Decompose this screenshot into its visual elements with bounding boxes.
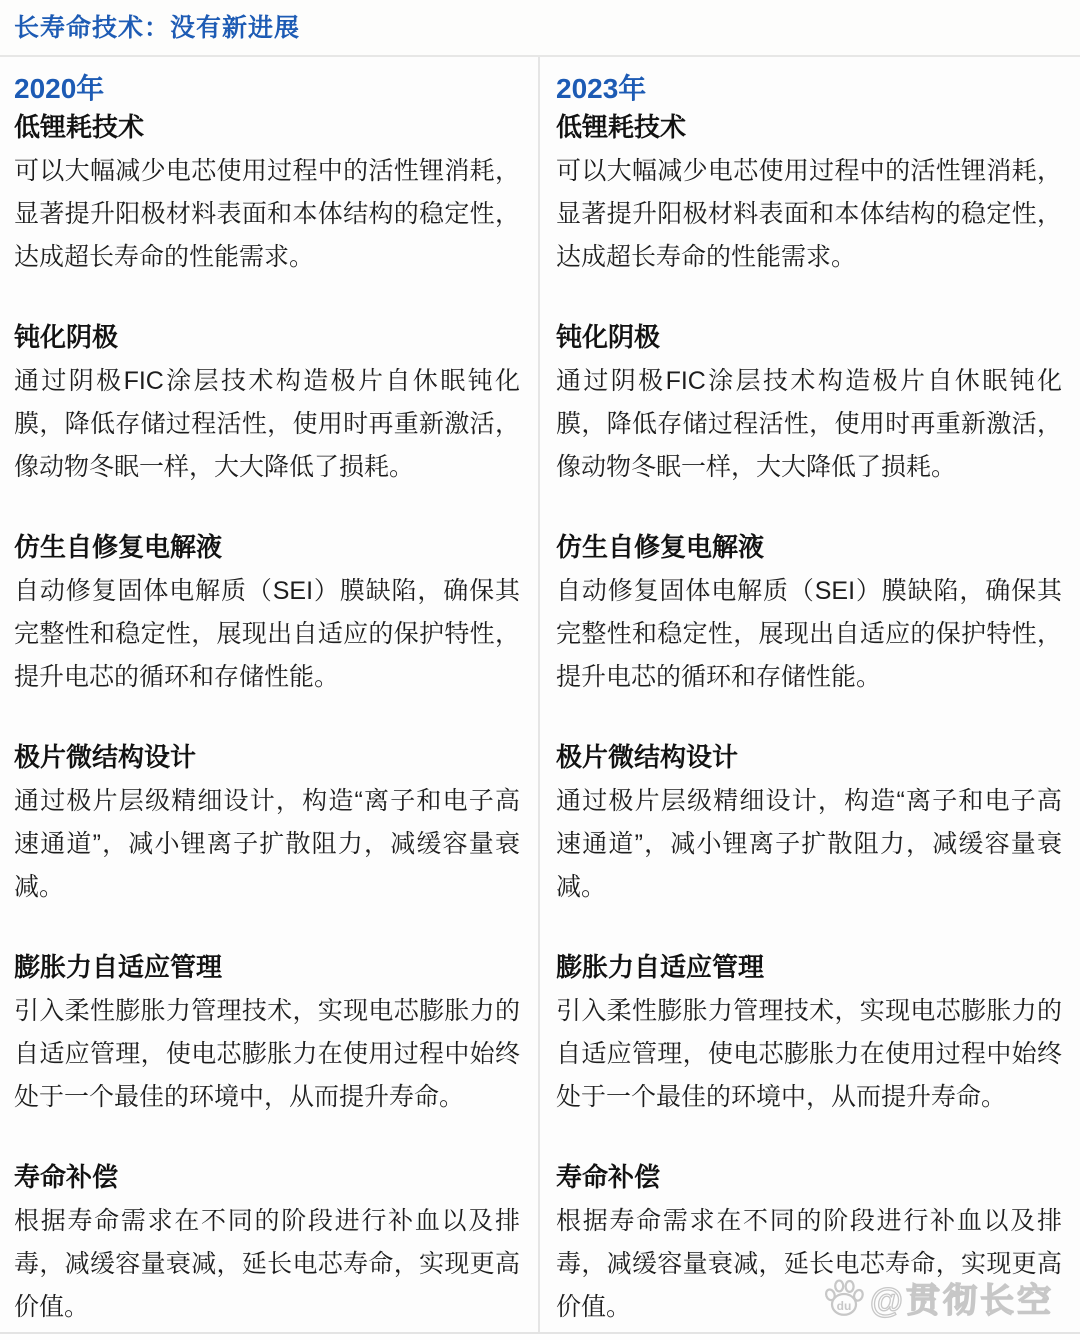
section-body: 根据寿命需求在不同的阶段进行补血以及排毒，减缓容量衰减，延长电芯寿命，实现更高价… xyxy=(14,1200,520,1329)
section-expansion-force-management: 膨胀力自适应管理 引入柔性膨胀力管理技术，实现电芯膨胀力的自适应管理，使电芯膨胀… xyxy=(556,951,1062,1119)
section-expansion-force-management: 膨胀力自适应管理 引入柔性膨胀力管理技术，实现电芯膨胀力的自适应管理，使电芯膨胀… xyxy=(14,951,520,1119)
column-2020: 2020年 低锂耗技术 可以大幅减少电芯使用过程中的活性锂消耗，显著提升阳极材料… xyxy=(0,57,540,1332)
section-body: 通过阴极FIC涂层技术构造极片自休眠钝化膜，降低存储过程活性，使用时再重新激活，… xyxy=(14,360,520,489)
section-heading: 膨胀力自适应管理 xyxy=(556,951,1062,984)
section-body: 通过阴极FIC涂层技术构造极片自休眠钝化膜，降低存储过程活性，使用时再重新激活，… xyxy=(556,360,1062,489)
section-biomimetic-electrolyte: 仿生自修复电解液 自动修复固体电解质（SEI）膜缺陷，确保其完整性和稳定性，展现… xyxy=(556,531,1062,699)
article-page: 长寿命技术：没有新进展 2020年 低锂耗技术 可以大幅减少电芯使用过程中的活性… xyxy=(0,0,1080,1340)
section-body: 自动修复固体电解质（SEI）膜缺陷，确保其完整性和稳定性，展现出自适应的保护特性… xyxy=(14,570,520,699)
section-life-compensation: 寿命补偿 根据寿命需求在不同的阶段进行补血以及排毒，减缓容量衰减，延长电芯寿命，… xyxy=(14,1161,520,1329)
section-heading: 低锂耗技术 xyxy=(14,111,520,144)
section-heading: 仿生自修复电解液 xyxy=(556,531,1062,564)
section-heading: 极片微结构设计 xyxy=(14,741,520,774)
section-body: 根据寿命需求在不同的阶段进行补血以及排毒，减缓容量衰减，延长电芯寿命，实现更高价… xyxy=(556,1200,1062,1329)
section-heading: 仿生自修复电解液 xyxy=(14,531,520,564)
year-label-2023: 2023年 xyxy=(556,71,1062,107)
section-life-compensation: 寿命补偿 根据寿命需求在不同的阶段进行补血以及排毒，减缓容量衰减，延长电芯寿命，… xyxy=(556,1161,1062,1329)
section-biomimetic-electrolyte: 仿生自修复电解液 自动修复固体电解质（SEI）膜缺陷，确保其完整性和稳定性，展现… xyxy=(14,531,520,699)
section-heading: 钝化阴极 xyxy=(14,321,520,354)
section-body: 引入柔性膨胀力管理技术，实现电芯膨胀力的自适应管理，使电芯膨胀力在使用过程中始终… xyxy=(14,990,520,1119)
section-heading: 极片微结构设计 xyxy=(556,741,1062,774)
page-header: 长寿命技术：没有新进展 xyxy=(0,0,1080,57)
section-heading: 膨胀力自适应管理 xyxy=(14,951,520,984)
year-label-2020: 2020年 xyxy=(14,71,520,107)
section-heading: 钝化阴极 xyxy=(556,321,1062,354)
section-heading: 寿命补偿 xyxy=(14,1161,520,1194)
section-body: 可以大幅减少电芯使用过程中的活性锂消耗，显著提升阳极材料表面和本体结构的稳定性，… xyxy=(14,150,520,279)
section-low-lithium-consumption: 低锂耗技术 可以大幅减少电芯使用过程中的活性锂消耗，显著提升阳极材料表面和本体结… xyxy=(14,111,520,279)
column-2023: 2023年 低锂耗技术 可以大幅减少电芯使用过程中的活性锂消耗，显著提升阳极材料… xyxy=(540,57,1080,1332)
section-passivated-cathode: 钝化阴极 通过阴极FIC涂层技术构造极片自休眠钝化膜，降低存储过程活性，使用时再… xyxy=(14,321,520,489)
section-heading: 寿命补偿 xyxy=(556,1161,1062,1194)
comparison-columns: 2020年 低锂耗技术 可以大幅减少电芯使用过程中的活性锂消耗，显著提升阳极材料… xyxy=(0,57,1080,1334)
section-electrode-microstructure: 极片微结构设计 通过极片层级精细设计，构造“离子和电子高速通道”，减小锂离子扩散… xyxy=(556,741,1062,909)
section-body: 通过极片层级精细设计，构造“离子和电子高速通道”，减小锂离子扩散阻力，减缓容量衰… xyxy=(14,780,520,909)
section-passivated-cathode: 钝化阴极 通过阴极FIC涂层技术构造极片自休眠钝化膜，降低存储过程活性，使用时再… xyxy=(556,321,1062,489)
section-body: 可以大幅减少电芯使用过程中的活性锂消耗，显著提升阳极材料表面和本体结构的稳定性，… xyxy=(556,150,1062,279)
section-electrode-microstructure: 极片微结构设计 通过极片层级精细设计，构造“离子和电子高速通道”，减小锂离子扩散… xyxy=(14,741,520,909)
section-body: 通过极片层级精细设计，构造“离子和电子高速通道”，减小锂离子扩散阻力，减缓容量衰… xyxy=(556,780,1062,909)
page-title: 长寿命技术：没有新进展 xyxy=(14,12,1080,44)
section-body: 自动修复固体电解质（SEI）膜缺陷，确保其完整性和稳定性，展现出自适应的保护特性… xyxy=(556,570,1062,699)
section-body: 引入柔性膨胀力管理技术，实现电芯膨胀力的自适应管理，使电芯膨胀力在使用过程中始终… xyxy=(556,990,1062,1119)
section-low-lithium-consumption: 低锂耗技术 可以大幅减少电芯使用过程中的活性锂消耗，显著提升阳极材料表面和本体结… xyxy=(556,111,1062,279)
section-heading: 低锂耗技术 xyxy=(556,111,1062,144)
